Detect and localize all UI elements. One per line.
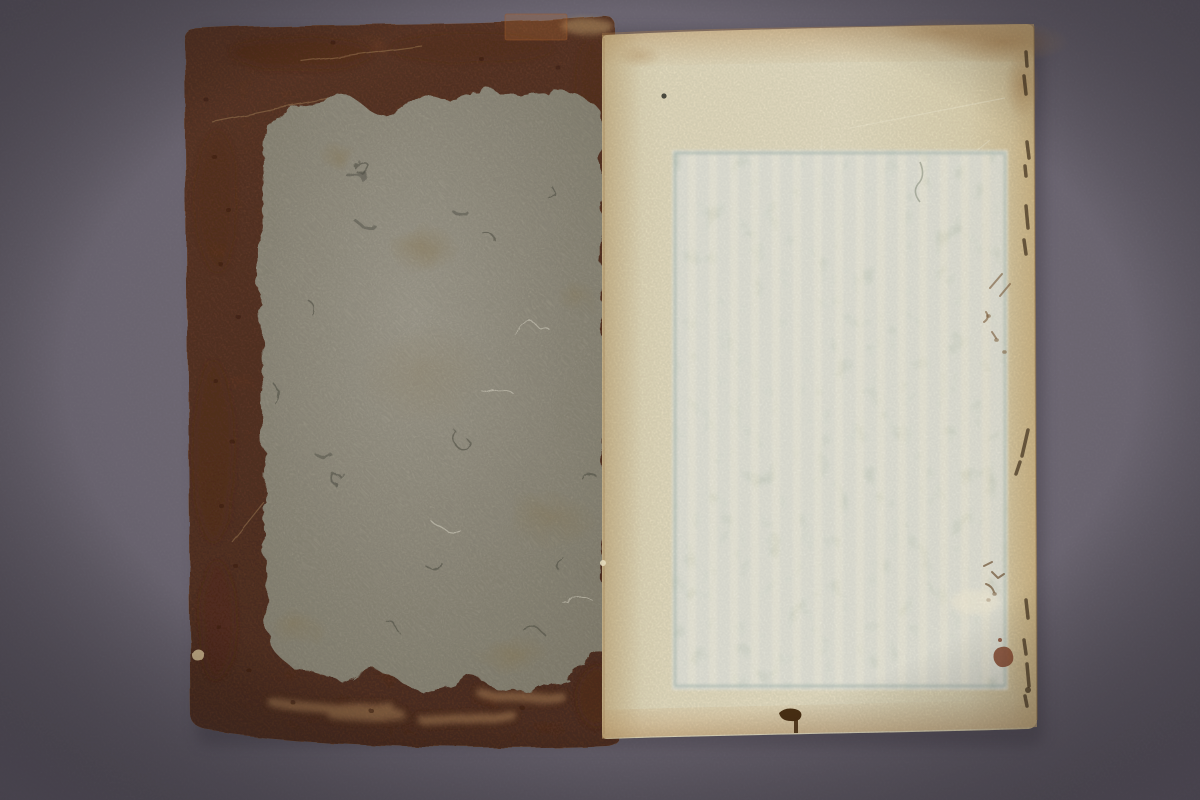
photo-stage xyxy=(0,0,1200,800)
photo-grain xyxy=(0,0,1200,800)
book-photograph xyxy=(0,0,1200,800)
